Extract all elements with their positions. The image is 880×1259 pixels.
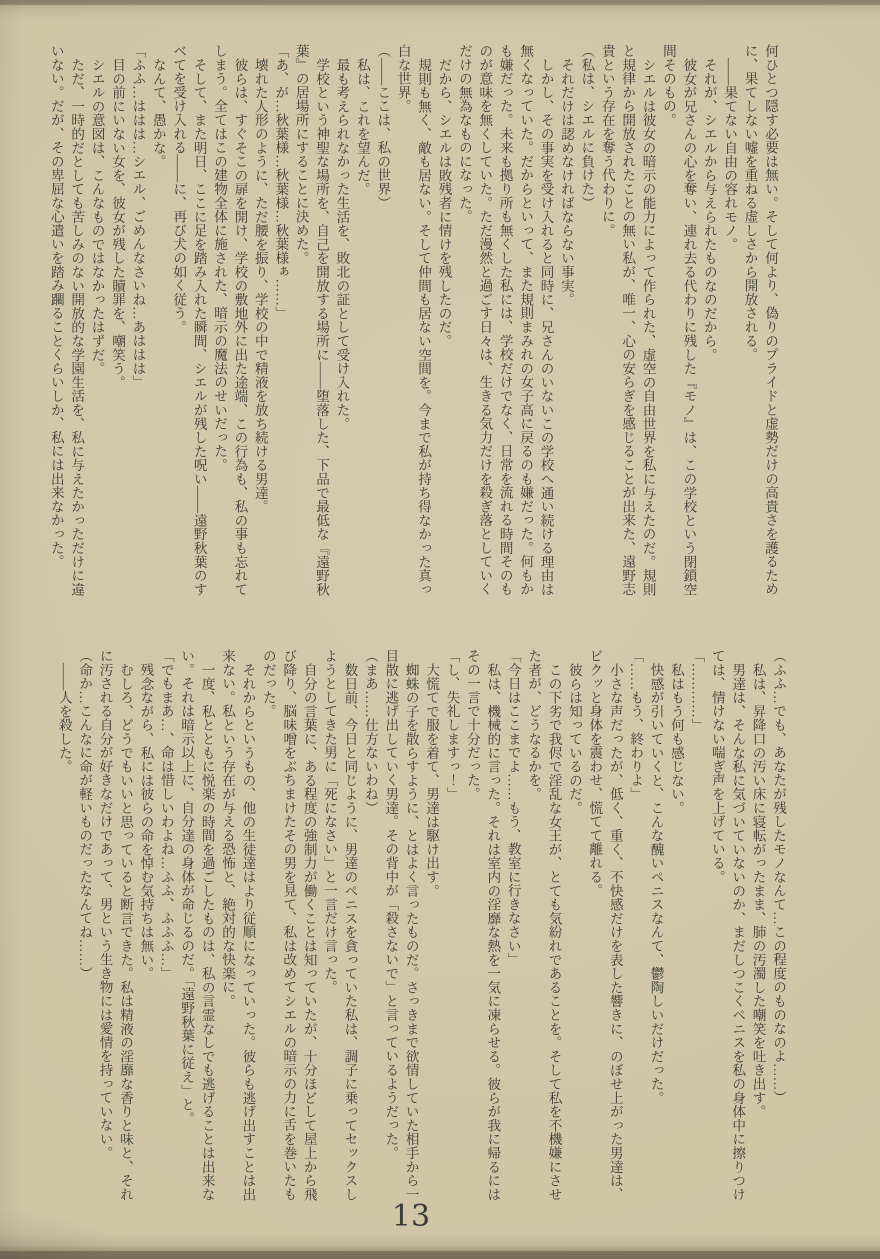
paragraph: なんて、愚かな。 xyxy=(147,44,167,602)
paragraph: 残念ながら、私には彼らの命を悼む気持ちは無い。 xyxy=(135,649,155,1207)
paragraph: シエルは彼女の暗示の能力によって作られた、虚空の自由世界を私に与えたのだ。規則と… xyxy=(596,44,657,602)
paragraph: 小さな声だったが、低く、重く、不快感だけを表した響きに、のぼせ上がった男達は、ビ… xyxy=(584,649,625,1207)
paragraph: 「でもまあ…、命は惜しいわよね…ふふ、ふふふ…」 xyxy=(155,649,175,1207)
paragraph: むしろ、どうでもいいと思っていると断言できた。私は精液の淫靡な香りと味と、それに… xyxy=(94,649,135,1207)
paragraph: 蜘蛛の子を散らすように、とはよく言ったものだ。さっきまで欲情していた相手から一目… xyxy=(380,649,421,1207)
paragraph: この下劣で我侭で淫乱な女王が、とても気紛れであることを。そして私を不機嫌にさせた… xyxy=(523,649,564,1207)
paragraph: 何ひとつ隠す必要は無い。そして何より、偽りのプライドと虚勢だけの高貴さを護るため… xyxy=(739,44,780,602)
paragraph: 「今日はここまでよ……もう、教室に行きなさい」 xyxy=(502,649,522,1207)
paragraph: 私はもう何も感じない。 xyxy=(666,649,686,1207)
paragraph: ――人を殺した。 xyxy=(53,649,73,1207)
paragraph: 壊れた人形のように、ただ腰を振り、学校の中で精液を放ち続ける男達。 xyxy=(249,44,269,602)
paragraph: 規則も無く、敵も居ない。そして仲間も居ない空間を。今まで私が持ち得なかった真っ白… xyxy=(392,44,433,602)
paragraph: 私は、機械的に言った。それは室内の淫靡な熱を一気に凍らせる。彼らが我に帰るにはそ… xyxy=(462,649,503,1207)
scan-edge-bottom xyxy=(0,1251,880,1259)
paragraph: それが、シエルから与えられたものなのだから。 xyxy=(698,44,718,602)
paragraph: シエルの意図は、こんなものではなかったはずだ。 xyxy=(86,44,106,602)
paragraph: （まあ……仕方ないわね） xyxy=(359,649,379,1207)
paragraph: ただ、一時的だとしても苦しみのない開放的な学園生活を、私に与えたかっただけに違い… xyxy=(45,44,86,602)
paragraph: 学校という神聖な場所を、自己を開放する場所に――堕落した、下品で最低な『遠野秋葉… xyxy=(290,44,331,602)
paragraph: 「ふふ…ははは…シエル、ごめんなさいね…あははは」 xyxy=(127,44,147,602)
paragraph: 数日前、今日と同じように、男達のペニスを貪っていた私は、調子に乗ってセックスしよ… xyxy=(319,649,360,1207)
paragraph: 目の前にいない女を、彼女が残した贖罪を、嘲笑う。 xyxy=(107,44,127,602)
scan-edge-top xyxy=(0,0,880,5)
paragraph: 私は、これを望んだ。 xyxy=(351,44,371,602)
paragraph: しかし、その事実を受け入れると同時に、兄さんのいないこの学校へ通い続ける理由は無… xyxy=(454,44,556,602)
paragraph: 彼らは、すぐそこの扉を開け、学校の敷地外に出た途端、この行為も、私の事も忘れてし… xyxy=(209,44,250,602)
text-block-top: 何ひとつ隠す必要は無い。そして何より、偽りのプライドと虚勢だけの高貴さを護るため… xyxy=(45,44,780,602)
paragraph: 一度、私とともに悦楽の時間を過ごしたものは、私の言霊なしでも逃げることは出来ない… xyxy=(176,649,217,1207)
scan-corner-shadow xyxy=(0,1189,180,1259)
paragraph: 「…………」 xyxy=(686,649,706,1207)
paragraph: 「し、失礼しますっ！」 xyxy=(441,649,461,1207)
paragraph: （ふふ…でも、あなたが残したモノなんて…この程度のものなのよ……） xyxy=(768,649,788,1207)
page-number: 13 xyxy=(390,1199,432,1234)
paragraph: それからというもの、他の生徒達はより従順になっていった。彼らも逃げ出すことは出来… xyxy=(217,649,258,1207)
paragraph: 「あ、が…秋葉様…秋葉様…秋葉様ぁ……」 xyxy=(270,44,290,602)
paragraph: 彼らは知っているのだ。 xyxy=(564,649,584,1207)
paragraph: （――ここは、私の世界） xyxy=(372,44,392,602)
paragraph: それだけは認めなければならない事実。 xyxy=(556,44,576,602)
paragraph: 「……もう、終わりよ」 xyxy=(625,649,645,1207)
paragraph: （命か…こんなに命が軽いものだったなんてね……） xyxy=(74,649,94,1207)
paragraph: 快感が引いていくと、こんな醜いペニスなんて、鬱陶しいだけだった。 xyxy=(645,649,665,1207)
paragraph: ――果てない自由の容れモノ。 xyxy=(719,44,739,602)
paragraph: だから、シエルは敗残者に情けを残したのだ。 xyxy=(433,44,453,602)
paragraph: 大慌てで服を着て、男達は駆け出す。 xyxy=(421,649,441,1207)
scanned-page: 何ひとつ隠す必要は無い。そして何より、偽りのプライドと虚勢だけの高貴さを護るため… xyxy=(0,0,880,1259)
paragraph: 私は、昇降口の汚い床に寝転がったまま、肺の汚濁した嘲笑を吐き出す。 xyxy=(747,649,767,1207)
paragraph: 男達は、そんな私に気づいていないのか、まだしつこくペニスを私の身体中に擦りつけて… xyxy=(706,649,747,1207)
paragraph: 彼女が兄さんの心を奪い、連れ去る代わりに残した『モノ』は、この学校という閉鎖空間… xyxy=(658,44,699,602)
paragraph: 最も考えられなかった生活を、敗北の証として受け入れた。 xyxy=(331,44,351,602)
paragraph: そして、また明日、ここに足を踏み入れた瞬間、シエルが残した呪い――遠野秋葉のすべ… xyxy=(168,44,209,602)
paragraph: （私は、シエルに負けた） xyxy=(576,44,596,602)
text-block-bottom: （ふふ…でも、あなたが残したモノなんて…この程度のものなのよ……）私は、昇降口の… xyxy=(53,649,788,1207)
paragraph: 自分の言葉に、ある程度の強制力が働くことは知っていたが、十分ほどして屋上から飛び… xyxy=(257,649,318,1207)
